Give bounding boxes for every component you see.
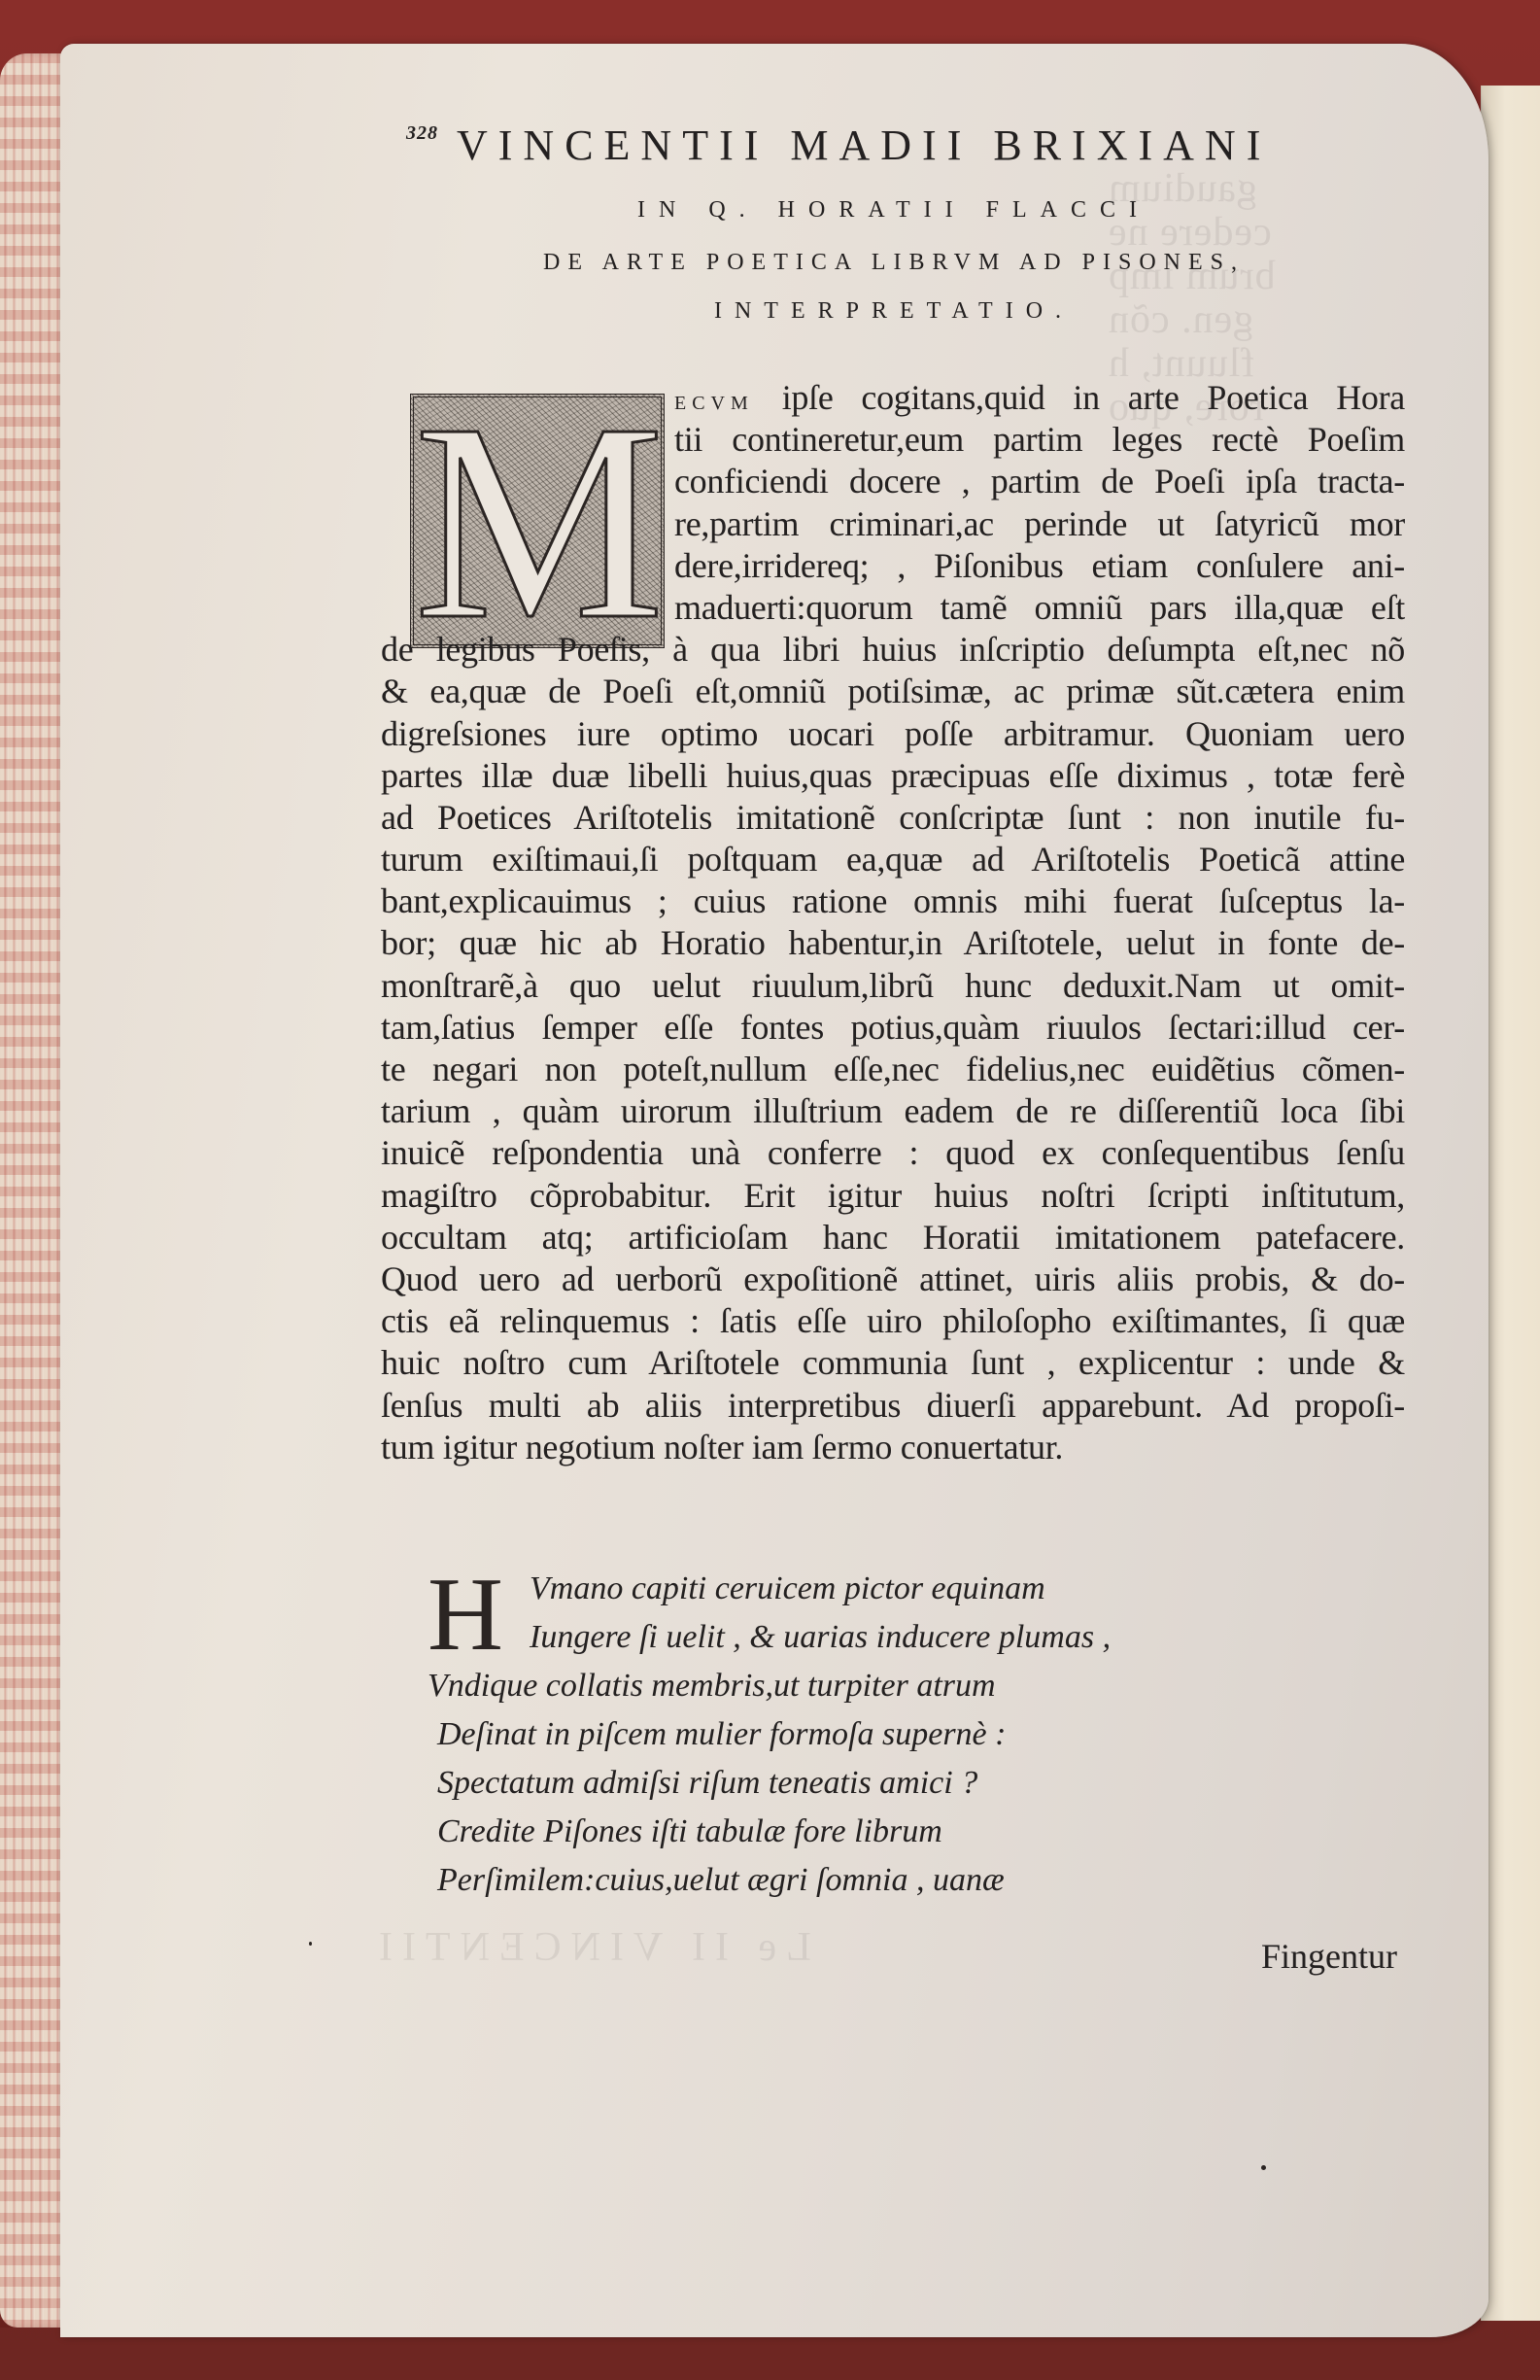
body-line: occultam atq; artificioſam hanc Horatii … — [381, 1217, 1405, 1259]
verse-line: Credite Piſones iſti tabulæ fore librum — [437, 1808, 1302, 1856]
body-line: bor; quæ hic ab Horatio habentur,in Ariſ… — [381, 922, 1405, 964]
body-line: bant,explicauimus ; cuius ratione omnis … — [381, 880, 1405, 922]
title-subject: IN Q. HORATII FLACCI — [428, 190, 1360, 229]
body-line: Quod uero ad uerborũ expoſitionẽ attinet… — [381, 1259, 1405, 1300]
body-line: ad Poetices Ariſtotelis imitationẽ conſc… — [381, 797, 1405, 839]
verse-line: Deſinat in piſcem mulier formoſa supernè… — [437, 1710, 1302, 1759]
verse-line: Vmano capiti ceruicem pictor equinam — [530, 1565, 1302, 1613]
title-author: VINCENTII MADII BRIXIANI — [428, 115, 1360, 177]
body-line: & ea,quæ de Poeſi eſt,omniũ potiſsimæ, a… — [381, 671, 1405, 712]
small-caps-opening: ECVM — [674, 393, 754, 414]
body-line: monſtrarẽ,à quo uelut riuulum,librũ hunc… — [381, 965, 1405, 1007]
body-line: tarium , quàm uirorum illuſtrium eadem d… — [381, 1090, 1405, 1132]
body-line: tii contineretur,eum partim leges rectè … — [674, 419, 1405, 461]
body-line: de legibus Poeſis, à qua libri huius inſ… — [381, 629, 1405, 671]
body-line: tum igitur negotium noſter iam ſermo con… — [381, 1427, 1405, 1468]
ink-speck — [309, 1942, 312, 1946]
horace-verse-block: Vmano capiti ceruicem pictor equinam Iun… — [428, 1565, 1302, 1905]
verse-line: Spectatum admiſsi riſum teneatis amici ? — [437, 1759, 1302, 1808]
verse-line: Perſimilem:cuius,uelut ægri ſomnia , uan… — [437, 1856, 1302, 1905]
verse-line: Vndique collatis membris,ut turpiter atr… — [428, 1662, 1302, 1710]
body-line: re,partim criminari,ac perinde ut ſatyri… — [674, 503, 1405, 545]
title-interpretatio: INTERPRETATIO. — [428, 292, 1360, 330]
body-line: te negari non poteſt,nullum eſſe,nec fid… — [381, 1049, 1405, 1090]
body-line: ECVM ipſe cogitans,quid in arte Poetica … — [674, 377, 1405, 419]
body-line: turum exiſtimaui,ſi poſtquam ea,quæ ad A… — [381, 839, 1405, 880]
body-line: maduerti:quorum tamẽ omniũ pars illa,quæ… — [674, 587, 1405, 629]
body-line: huic noſtro cum Ariſtotele communia ſunt… — [381, 1342, 1405, 1384]
body-line: inuicẽ reſpondentia unà conferre : quod … — [381, 1132, 1405, 1174]
body-line: magiſtro cõprobabitur. Erit igitur huius… — [381, 1175, 1405, 1217]
body-line: digreſsiones iure optimo uocari poſſe ar… — [381, 713, 1405, 755]
catchword: Fingentur — [1261, 1936, 1397, 1977]
title-block: VINCENTII MADII BRIXIANI IN Q. HORATII F… — [428, 115, 1360, 330]
body-line: partes illæ duæ libelli huius,quas præci… — [381, 755, 1405, 797]
body-line: ſenſus multi ab aliis interpretibus diue… — [381, 1385, 1405, 1427]
body-line: conficiendi docere , partim de Poeſi ipſ… — [674, 461, 1405, 502]
body-line: ctis eã relinquemus : ſatis eſſe uiro ph… — [381, 1300, 1405, 1342]
commentary-body: ECVM ipſe cogitans,quid in arte Poetica … — [381, 377, 1405, 1468]
verse-line: Iungere ſi uelit , & uarias inducere plu… — [530, 1613, 1302, 1662]
body-line: tam,ſatius ſemper eſſe fontes potius,quà… — [381, 1007, 1405, 1049]
facing-page-edge — [1481, 86, 1540, 2321]
ink-speck — [1261, 2165, 1266, 2170]
body-line: dere,irridereq; , Piſonibus etiam conſul… — [674, 545, 1405, 587]
title-work: DE ARTE POETICA LIBRVM AD PISONES, — [428, 243, 1360, 282]
show-through-text: Le II VINCENTII — [369, 1924, 811, 1971]
